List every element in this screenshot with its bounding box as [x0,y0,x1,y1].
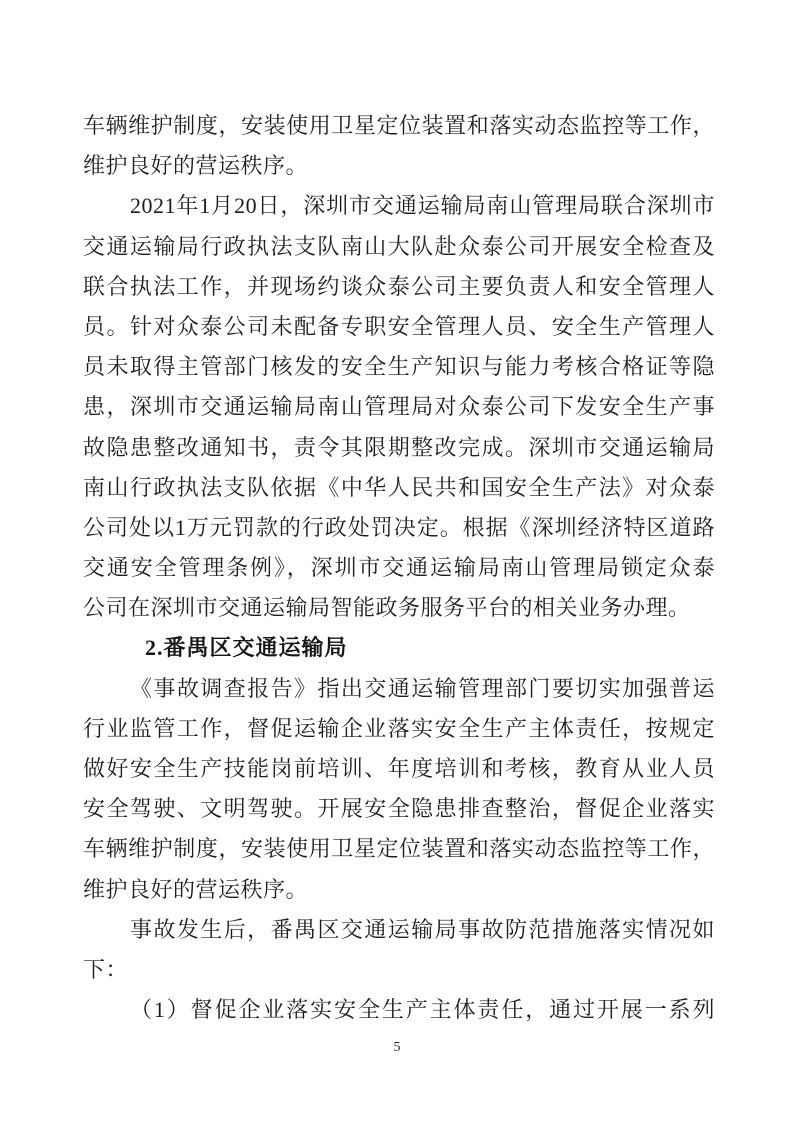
text-line: 做好安全生产技能岗前培训、年度培训和考核，教育从业人员 [83,749,715,789]
text-line: 车辆维护制度，安装使用卫星定位装置和落实动态监控等工作， [83,106,715,146]
text-line: 员。针对众泰公司未配备专职安全管理人员、安全生产管理人 [83,307,715,347]
page-number: 5 [0,1040,794,1056]
document-page: 车辆维护制度，安装使用卫星定位装置和落实动态监控等工作，维护良好的营运秩序。20… [0,0,794,1123]
text-line: 患，深圳市交通运输局南山管理局对众泰公司下发安全生产事 [83,387,715,427]
text-line: 交通安全管理条例》，深圳市交通运输局南山管理局锁定众泰 [83,548,715,588]
text-line: 安全驾驶、文明驾驶。开展安全隐患排查整治，督促企业落实 [83,789,715,829]
text-line: 故隐患整改通知书，责令其限期整改完成。深圳市交通运输局 [83,428,715,468]
text-line: 员未取得主管部门核发的安全生产知识与能力考核合格证等隐 [83,347,715,387]
text-line: 2021年1月20日，深圳市交通运输局南山管理局联合深圳市 [83,186,715,226]
text-line: 《事故调查报告》指出交通运输管理部门要切实加强普运 [83,669,715,709]
text-line: 维护良好的营运秩序。 [83,146,715,186]
text-line: （1）督促企业落实安全生产主体责任，通过开展一系列 [83,990,715,1030]
text-line: 交通运输局行政执法支队南山大队赴众泰公司开展安全检查及 [83,227,715,267]
text-line: 事故发生后，番禺区交通运输局事故防范措施落实情况如 [83,910,715,950]
text-line: 2.番禺区交通运输局 [83,628,715,668]
text-line: 南山行政执法支队依据《中华人民共和国安全生产法》对众泰 [83,468,715,508]
text-line: 联合执法工作，并现场约谈众泰公司主要负责人和安全管理人 [83,267,715,307]
document-text-block: 车辆维护制度，安装使用卫星定位装置和落实动态监控等工作，维护良好的营运秩序。20… [83,106,715,1030]
text-line: 车辆维护制度，安装使用卫星定位装置和落实动态监控等工作， [83,829,715,869]
text-line: 下： [83,950,715,990]
text-line: 行业监管工作，督促运输企业落实安全生产主体责任，按规定 [83,709,715,749]
text-line: 公司在深圳市交通运输局智能政务服务平台的相关业务办理。 [83,588,715,628]
text-line: 公司处以1万元罚款的行政处罚决定。根据《深圳经济特区道路 [83,508,715,548]
text-line: 维护良好的营运秩序。 [83,870,715,910]
